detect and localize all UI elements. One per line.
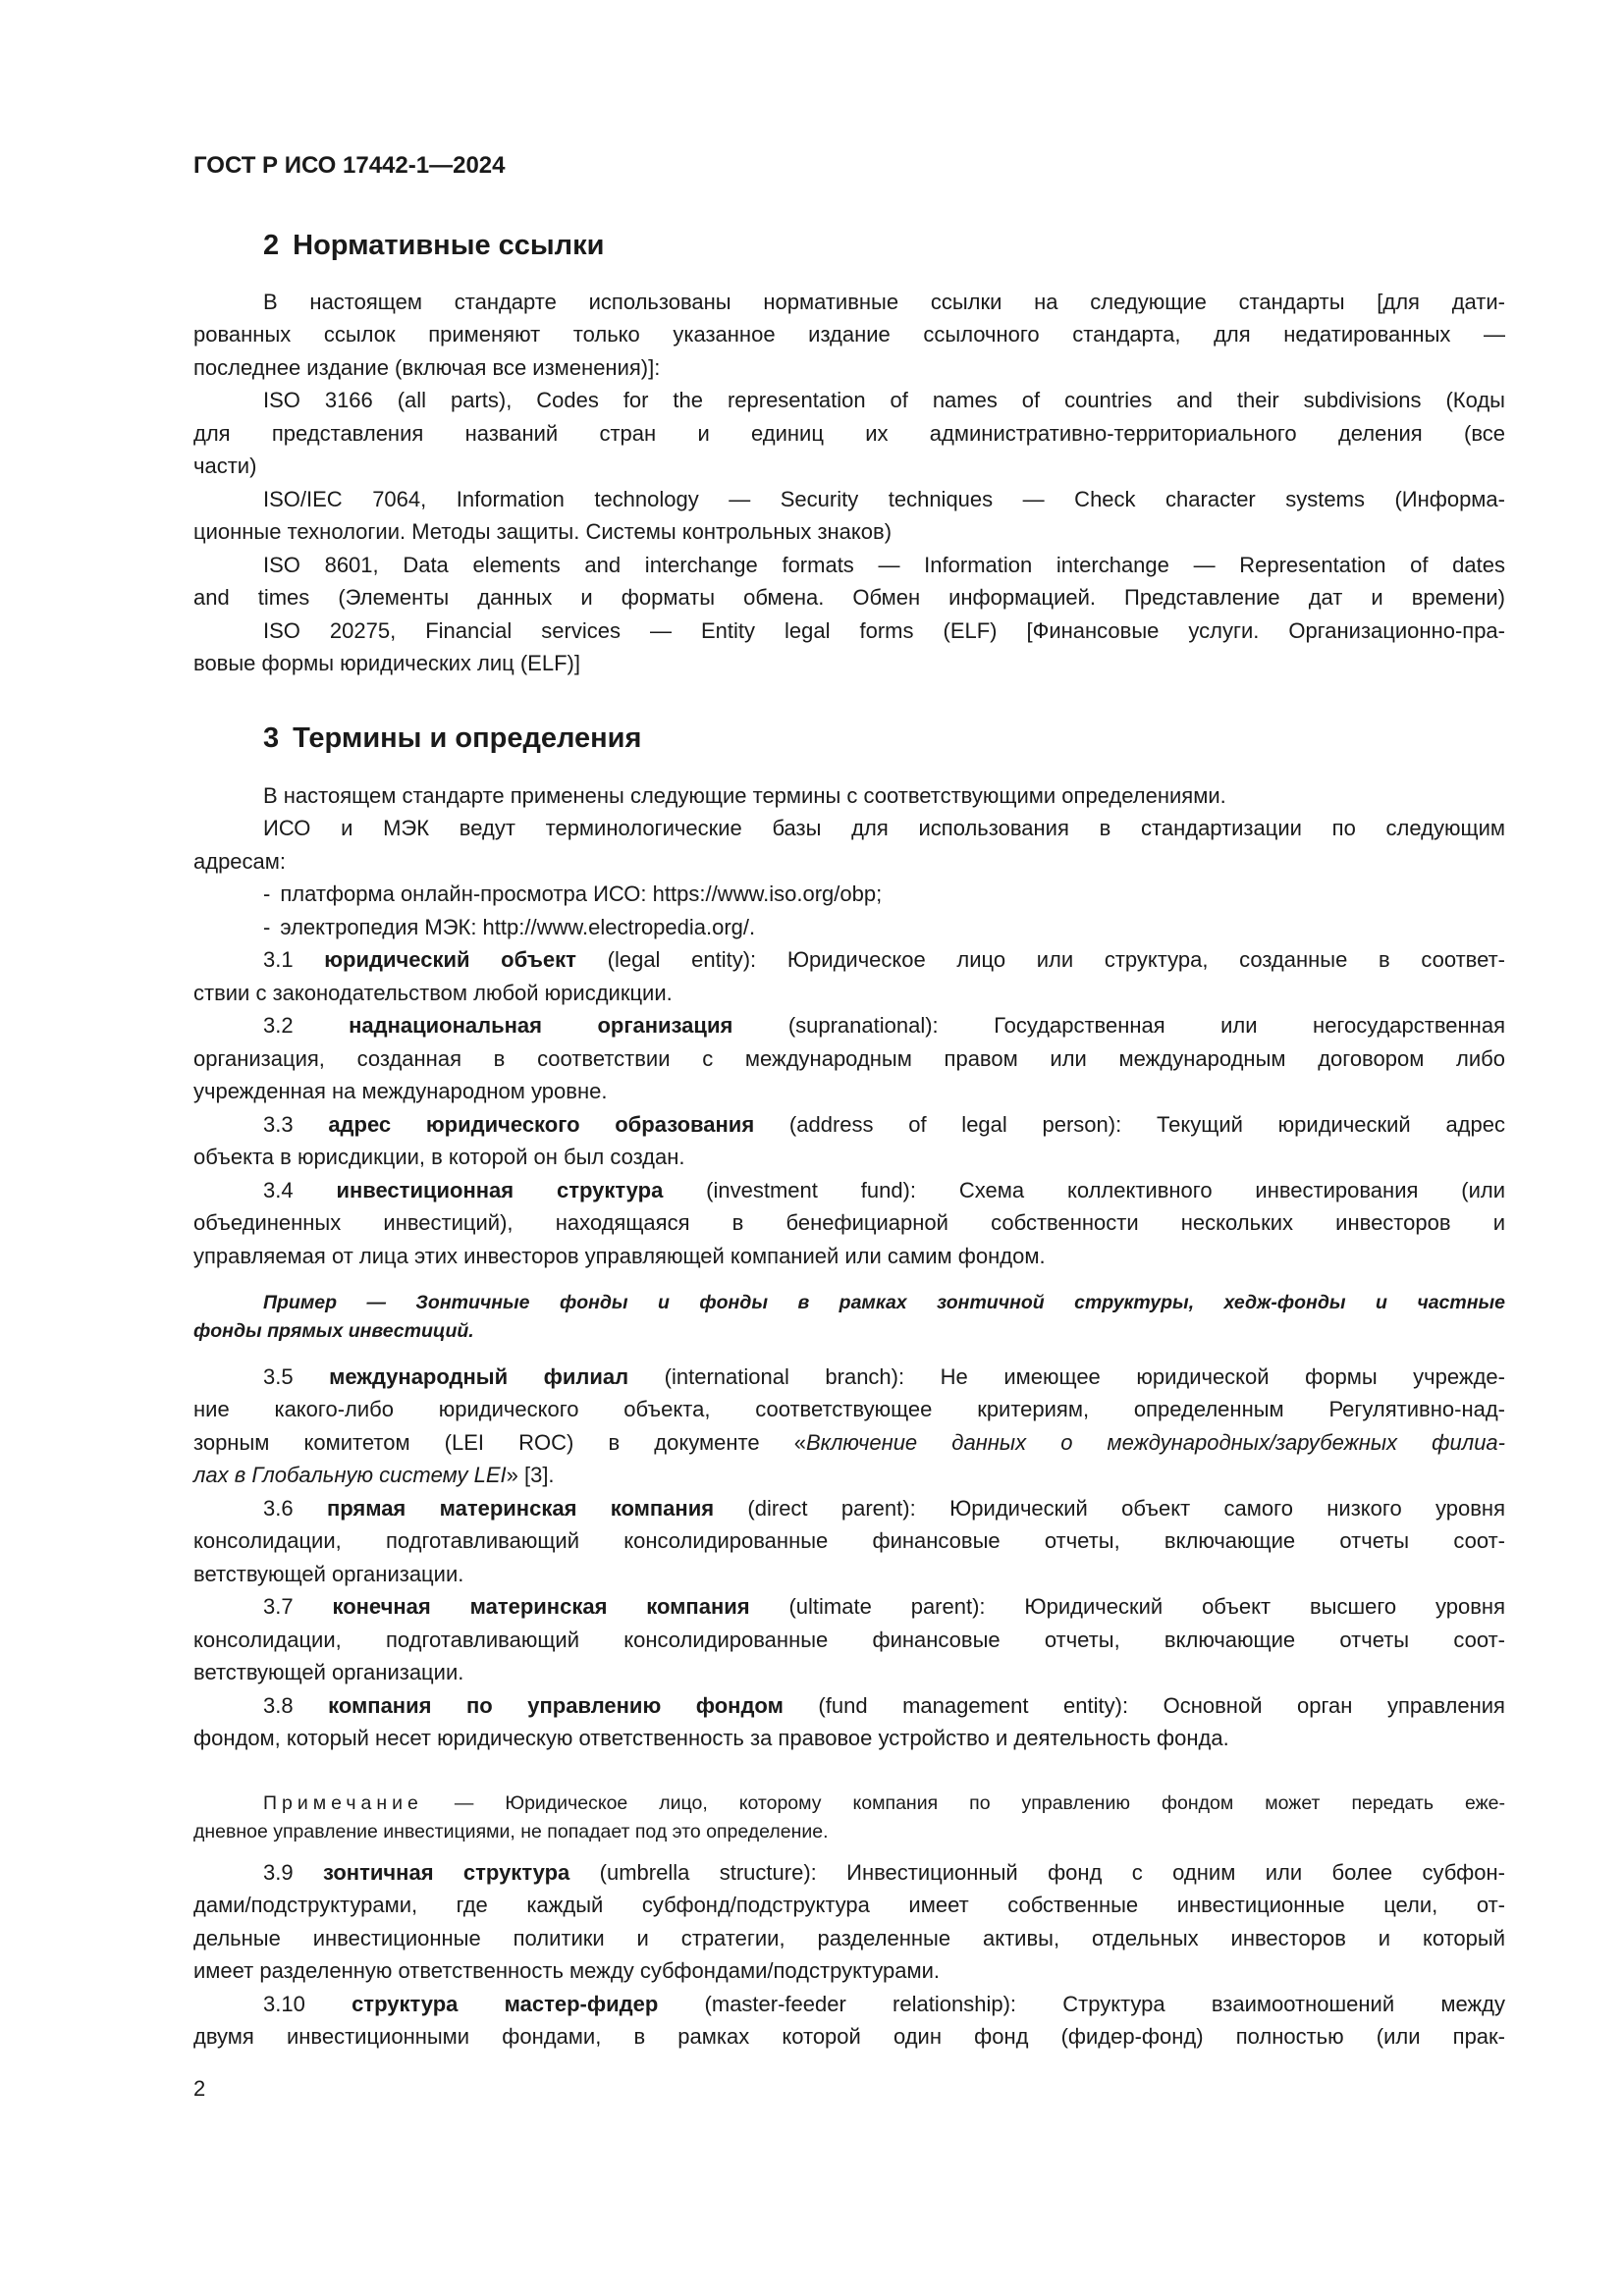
term-definition: Структура взаимоотношений между [1062,1992,1505,2016]
bullet-marker: - [263,915,270,939]
term-definition-line: объединенных инвестиций), находящаяся в … [193,1210,1505,1236]
document-header: ГОСТ Р ИСО 17442-1—2024 [193,152,1505,180]
list-item-text: электропедия МЭК: http://www.electropedi… [280,915,755,939]
term-definition-line: лах в Глобальную систему LEI» [3]. [193,1463,1505,1488]
paragraph-line: для представления названий стран и едини… [193,421,1505,447]
term-english: (umbrella structure): [600,1860,817,1885]
term-name: структура мастер-фидер [352,1992,658,2016]
note-label: Примечание [263,1792,423,1814]
section-number: 2 [263,230,279,261]
term-definition-line: ветствующей организации. [193,1660,1505,1685]
term-name: компания по управлению фондом [328,1693,784,1718]
term-definition-line: управляемая от лица этих инвесторов упра… [193,1244,1505,1269]
note-line: дневное управление инвестициями, не попа… [193,1820,1505,1843]
term-definition-line: ветствующей организации. [193,1562,1505,1587]
term-definition: Государственная или негосударственная [994,1013,1505,1038]
paragraph-line: рованных ссылок применяют только указанн… [193,322,1505,347]
paragraph-line: вовые формы юридических лиц (ELF)] [193,651,1505,676]
list-item: -платформа онлайн-просмотра ИСО: https:/… [263,881,1505,907]
term-number: 3.4 [263,1178,336,1202]
term-entry: 3.2 наднациональная организация (suprana… [263,1013,1505,1039]
term-definition-line: фондом, который несет юридическую ответс… [193,1726,1505,1751]
document-title: Включение данных о международных/зарубеж… [806,1430,1505,1455]
term-english: (supranational): [788,1013,939,1038]
term-entry: 3.9 зонтичная структура (umbrella struct… [263,1860,1505,1886]
term-name: конечная материнская компания [332,1594,749,1619]
term-definition: Юридический объект самого низкого уровня [949,1496,1505,1521]
term-definition-line: зорным комитетом (LEI ROC) в документе «… [193,1430,1505,1456]
term-entry: 3.3 адрес юридического образования (addr… [263,1112,1505,1138]
example-line: фонды прямых инвестиций. [193,1319,1505,1343]
term-english: (master-feeder relationship): [705,1992,1016,2016]
term-definition: Основной орган управления [1164,1693,1505,1718]
term-english: (fund management entity): [818,1693,1128,1718]
section-3-heading: 3Термины и определения [263,721,1505,755]
term-name: юридический объект [324,947,576,972]
reference-iso-iec-7064: ISO/IEC 7064, Information technology — S… [263,487,1505,512]
term-definition-line: ствии с законодательством любой юрисдикц… [193,981,1505,1006]
paragraph-line: В настоящем стандарте применены следующи… [263,783,1505,809]
note-line: Примечание — Юридическое лицо, которому … [263,1791,1505,1815]
term-definition-line: дами/подструктурами, где каждый субфонд/… [193,1893,1505,1918]
paragraph-line: части) [193,454,1505,479]
term-number: 3.2 [263,1013,349,1038]
list-item: -электропедия МЭК: http://www.electroped… [263,915,1505,940]
term-english: (address of legal person): [789,1112,1121,1137]
term-definition-line: учрежденная на международном уровне. [193,1079,1505,1104]
term-entry: 3.6 прямая материнская компания (direct … [263,1496,1505,1522]
page-number: 2 [193,2076,1505,2102]
term-definition: Юридическое лицо или структура, созданны… [787,947,1505,972]
term-entry: 3.5 международный филиал (international … [263,1364,1505,1390]
term-english: (investment fund): [706,1178,916,1202]
term-number: 3.3 [263,1112,328,1137]
section-title: Нормативные ссылки [293,230,604,261]
reference-iso-8601: ISO 8601, Data elements and interchange … [263,553,1505,578]
term-entry: 3.10 структура мастер-фидер (master-feed… [263,1992,1505,2017]
term-number: 3.7 [263,1594,332,1619]
term-entry: 3.7 конечная материнская компания (ultim… [263,1594,1505,1620]
term-definition-line: имеет разделенную ответственность между … [193,1958,1505,1984]
example-line: Пример — Зонтичные фонды и фонды в рамка… [263,1291,1505,1314]
term-entry: 3.8 компания по управлению фондом (fund … [263,1693,1505,1719]
term-definition: Юридический объект высшего уровня [1024,1594,1505,1619]
term-definition: Схема коллективного инвестирования (или [959,1178,1505,1202]
term-name: инвестиционная структура [336,1178,663,1202]
term-definition: Инвестиционный фонд с одним или более су… [846,1860,1505,1885]
paragraph-line: последнее издание (включая все изменения… [193,355,1505,381]
section-2-heading: 2Нормативные ссылки [263,229,1505,262]
term-english: (ultimate parent): [788,1594,985,1619]
term-definition: Текущий юридический адрес [1157,1112,1505,1137]
term-number: 3.9 [263,1860,323,1885]
term-definition-line: двумя инвестиционными фондами, в рамках … [193,2024,1505,2050]
term-definition-line: организация, созданная в соответствии с … [193,1046,1505,1072]
term-definition-line: консолидации, подготавливающий консолиди… [193,1628,1505,1653]
term-definition: Не имеющее юридической формы учрежде- [941,1364,1505,1389]
term-definition-line: консолидации, подготавливающий консолиди… [193,1528,1505,1554]
term-name: прямая материнская компания [327,1496,714,1521]
bullet-marker: - [263,881,270,906]
paragraph-line: ИСО и МЭК ведут терминологические базы д… [263,816,1505,841]
term-number: 3.10 [263,1992,352,2016]
term-english: (legal entity): [608,947,757,972]
term-entry: 3.1 юридический объект (legal entity): Ю… [263,947,1505,973]
section-number: 3 [263,722,279,754]
term-name: зонтичная структура [323,1860,569,1885]
term-definition-line: дельные инвестиционные политики и страте… [193,1926,1505,1951]
paragraph-line: and times (Элементы данных и форматы обм… [193,585,1505,611]
term-definition-line: ние какого-либо юридического объекта, со… [193,1397,1505,1422]
document-page: ГОСТ Р ИСО 17442-1—2024 2Нормативные ссы… [0,0,1624,2296]
term-english: (international branch): [665,1364,904,1389]
term-entry: 3.4 инвестиционная структура (investment… [263,1178,1505,1203]
term-english: (direct parent): [747,1496,915,1521]
term-number: 3.6 [263,1496,327,1521]
section-title: Термины и определения [293,722,641,754]
paragraph-line: В настоящем стандарте использованы норма… [263,290,1505,315]
term-number: 3.8 [263,1693,328,1718]
list-item-text: платформа онлайн-просмотра ИСО: https://… [280,881,882,906]
term-name: адрес юридического образования [328,1112,754,1137]
term-number: 3.1 [263,947,324,972]
note-text: — Юридическое лицо, которому компания по… [423,1792,1505,1814]
paragraph-line: адресам: [193,849,1505,875]
document-title: лах в Глобальную систему LEI [193,1463,507,1487]
term-name: наднациональная организация [349,1013,732,1038]
paragraph-line: ционные технологии. Методы защиты. Систе… [193,519,1505,545]
term-number: 3.5 [263,1364,329,1389]
reference-iso-3166: ISO 3166 (all parts), Codes for the repr… [263,388,1505,413]
term-name: международный филиал [329,1364,628,1389]
term-definition-line: объекта в юрисдикции, в которой он был с… [193,1145,1505,1170]
reference-iso-20275: ISO 20275, Financial services — Entity l… [263,618,1505,644]
